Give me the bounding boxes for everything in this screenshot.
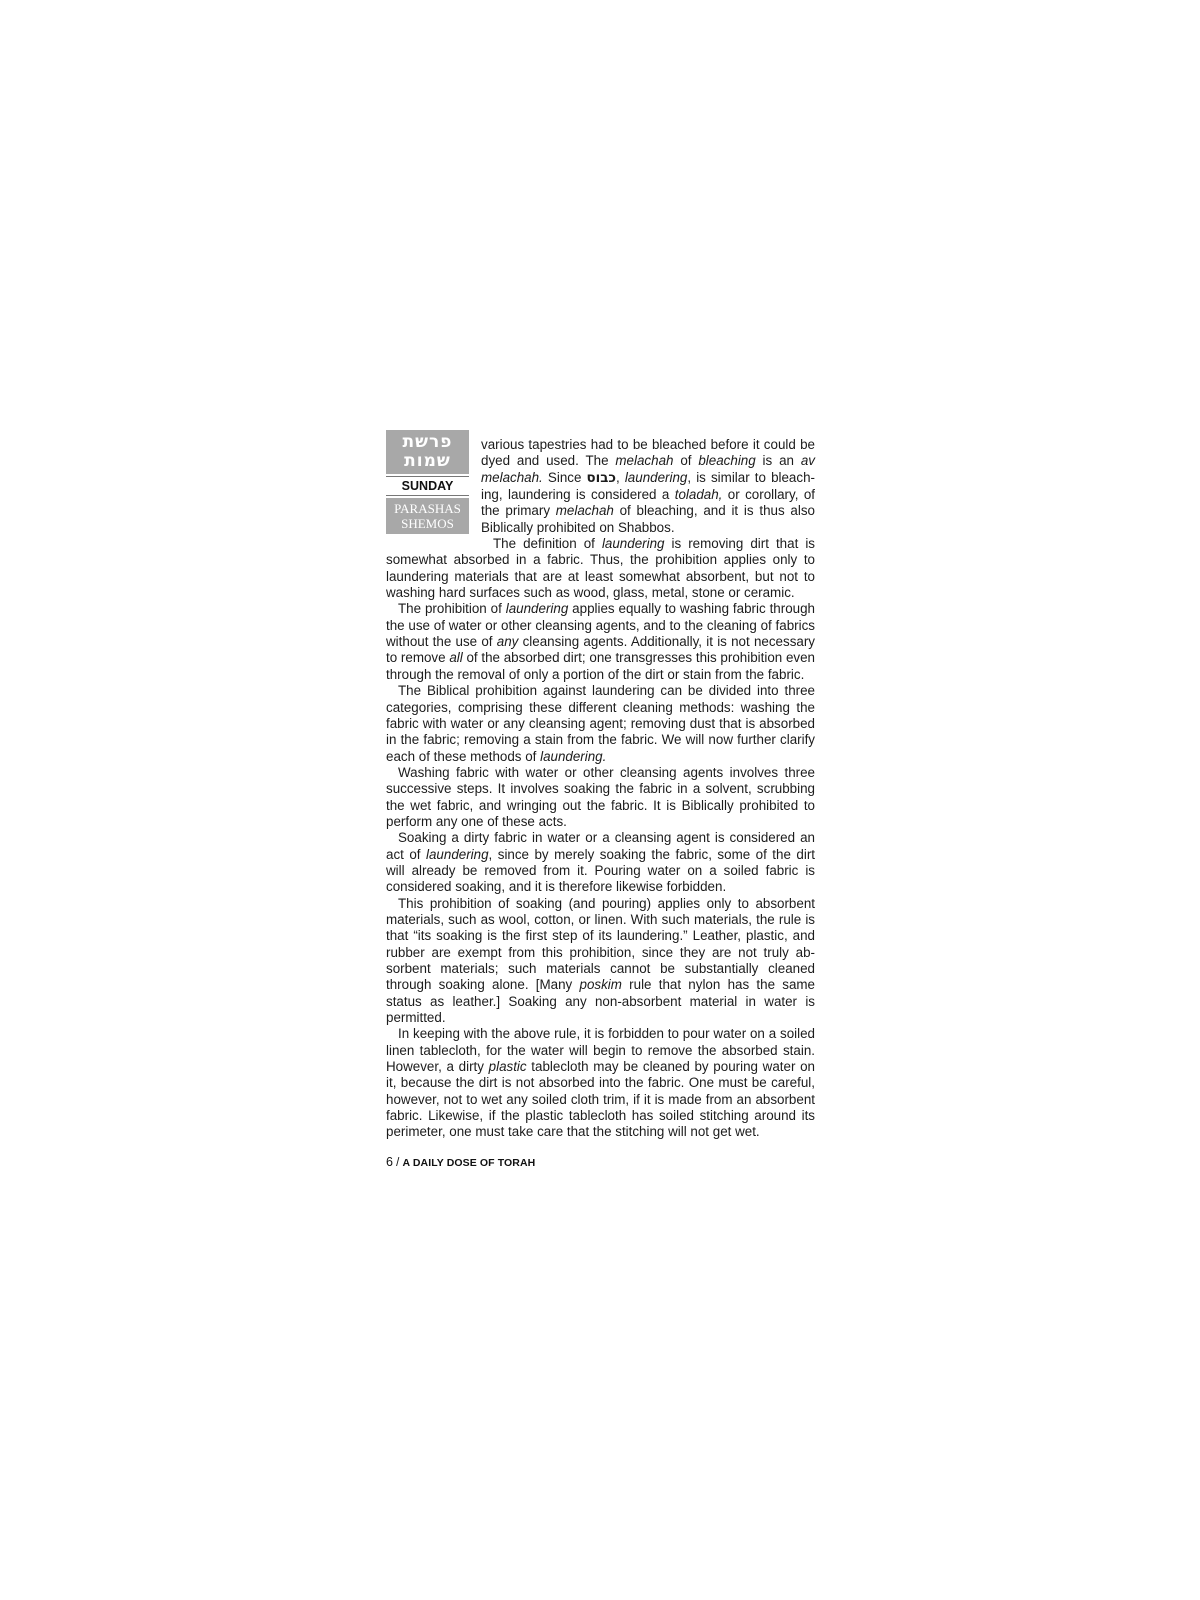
footer-separator: / — [393, 1157, 403, 1169]
page-footer: 6 / A DAILY DOSE OF TORAH — [386, 1155, 535, 1169]
paragraph: This prohibition of soaking (and pouring… — [386, 896, 815, 1027]
parasha-sidebox: פרשת שמות SUNDAY PARASHAS SHEMOS — [386, 430, 469, 534]
article-text: various tapestries had to be bleached be… — [386, 437, 815, 1141]
day-label: SUNDAY — [386, 476, 469, 496]
parasha-line-2: SHEMOS — [386, 516, 469, 531]
paragraph: In keeping with the above rule, it is fo… — [386, 1026, 815, 1140]
paragraph: The definition of laundering is removing… — [386, 536, 815, 601]
paragraph: The Biblical prohibition against launder… — [386, 683, 815, 765]
paragraph: Soaking a dirty fabric in water or a cle… — [386, 830, 815, 895]
paragraph: Washing fabric with water or other clean… — [386, 765, 815, 830]
page-number: 6 — [386, 1155, 393, 1169]
parasha-name: PARASHAS SHEMOS — [386, 498, 469, 534]
parasha-line-1: PARASHAS — [386, 501, 469, 516]
hebrew-parasha-title: פרשת שמות — [386, 430, 469, 474]
page-body: פרשת שמות SUNDAY PARASHAS SHEMOS various… — [386, 437, 815, 1141]
book-title: A DAILY DOSE OF TORAH — [403, 1157, 536, 1169]
paragraph: The prohibition of laundering applies eq… — [386, 601, 815, 683]
